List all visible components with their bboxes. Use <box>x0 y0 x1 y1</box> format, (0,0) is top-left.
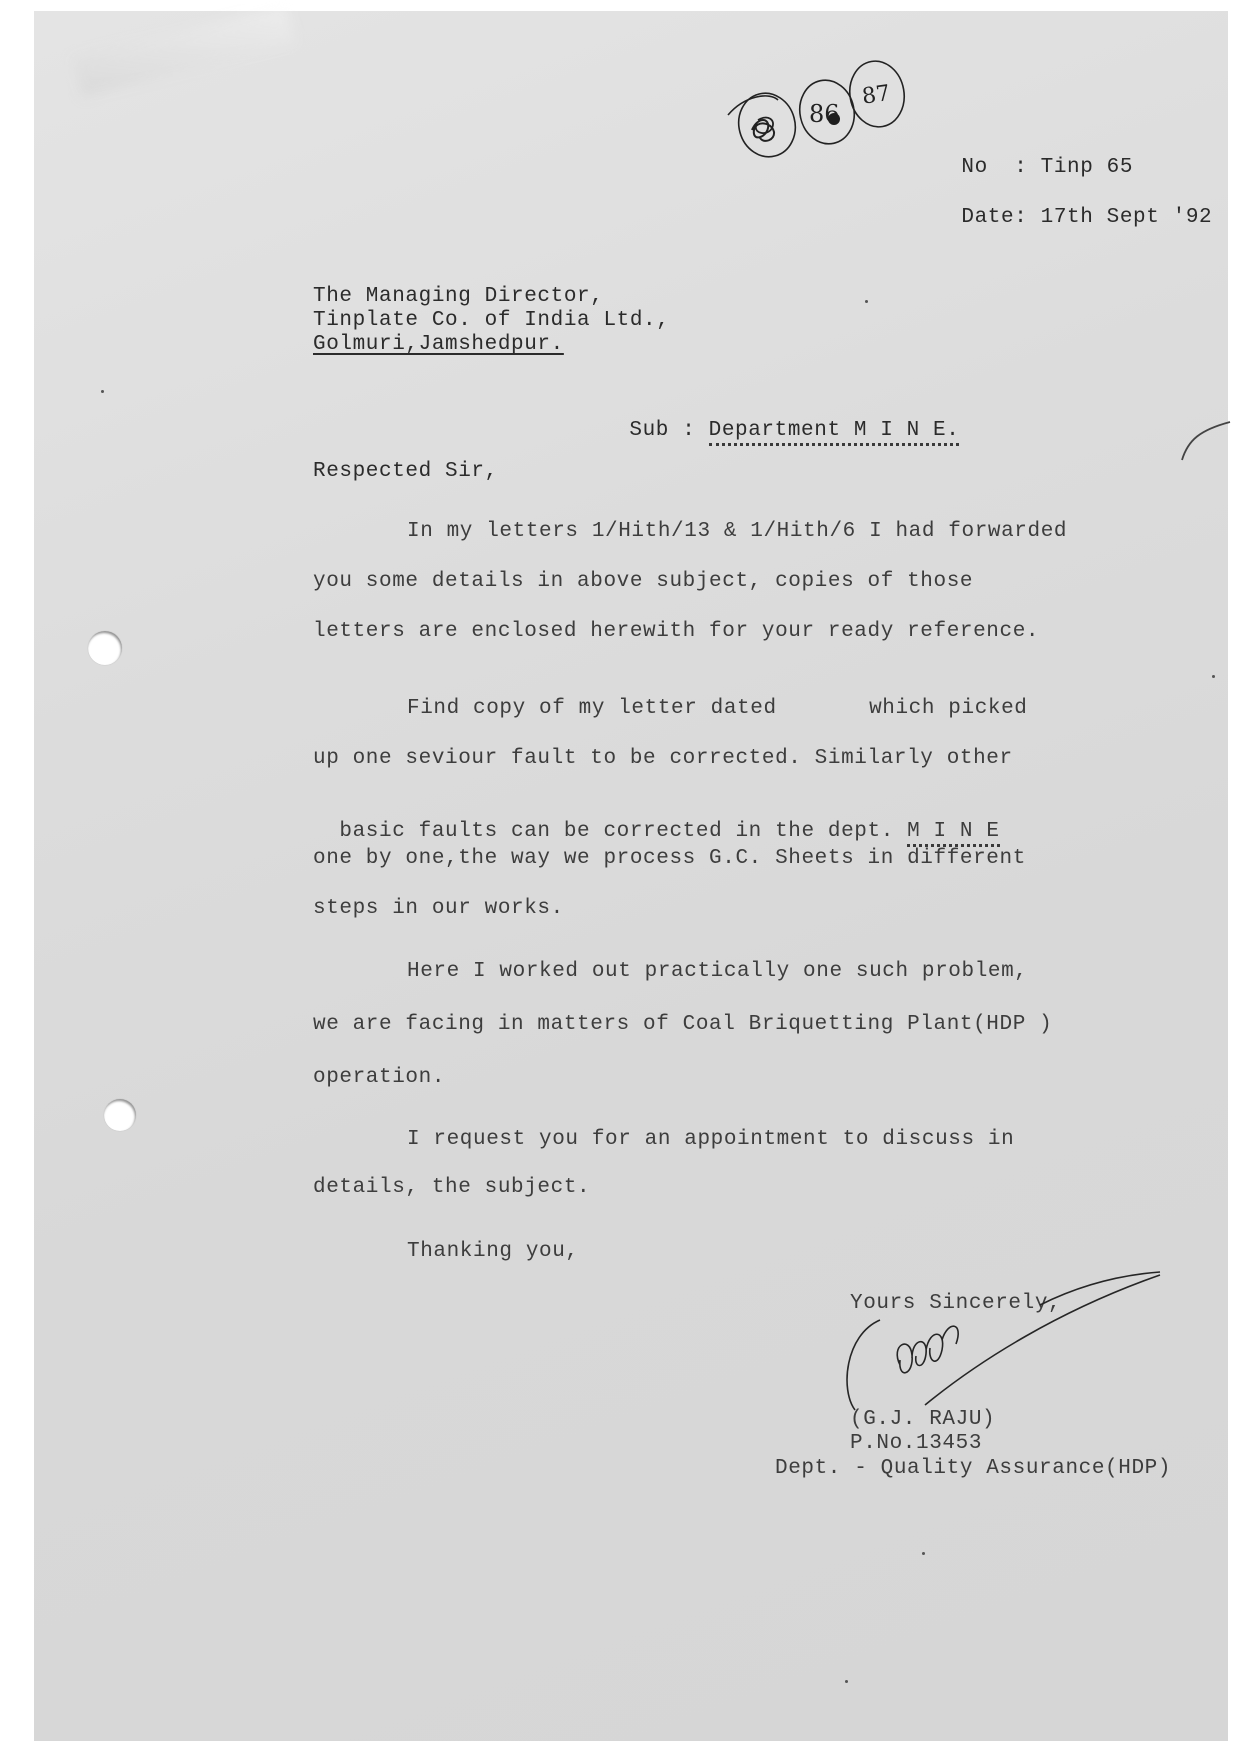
reference-number: No : Tinp 65 <box>935 133 1133 179</box>
paragraph-2-line-1: Find copy of my letter dated which picke… <box>407 697 1028 720</box>
date-label: Date: <box>961 206 1027 229</box>
recipient-line-1: The Managing Director, <box>313 285 603 308</box>
paragraph-4-line-2: details, the subject. <box>313 1176 590 1199</box>
paragraph-2-line-5: steps in our works. <box>313 897 564 920</box>
speck <box>845 1680 848 1683</box>
punch-hole-top <box>88 631 122 665</box>
speck <box>922 1552 925 1555</box>
recipient-line-2: Tinplate Co. of India Ltd., <box>313 309 669 332</box>
letter-page <box>34 11 1228 1741</box>
reference-value: Tinp 65 <box>1041 156 1133 179</box>
salutation: Respected Sir, <box>313 460 498 483</box>
paragraph-1-line-2: you some details in above subject, copie… <box>313 570 973 593</box>
reference-label: No <box>961 156 987 179</box>
paragraph-4-line-1: I request you for an appointment to disc… <box>407 1128 1014 1151</box>
paragraph-3-line-2: we are facing in matters of Coal Briquet… <box>313 1013 1052 1036</box>
subject-value: Department M I N E. <box>709 419 960 446</box>
paragraph-3-line-3: operation. <box>313 1066 445 1089</box>
reference-separator: : <box>1014 156 1027 179</box>
subject-line: Sub : Department M I N E. <box>603 396 959 442</box>
date-value: 17th Sept '92 <box>1041 206 1213 229</box>
paragraph-2-line-3-text: basic faults can be corrected in the dep… <box>339 820 894 843</box>
personnel-number: P.No.13453 <box>850 1432 982 1455</box>
paragraph-1-line-1: In my letters 1/Hith/13 & 1/Hith/6 I had… <box>407 520 1067 543</box>
speck <box>101 390 104 393</box>
closing: Thanking you, <box>407 1240 579 1263</box>
recipient-line-3: Golmuri,Jamshedpur. <box>313 333 564 356</box>
subject-label: Sub <box>629 419 669 442</box>
speck <box>865 300 868 303</box>
valediction: Yours Sincerely, <box>850 1292 1061 1315</box>
paragraph-2-line-4: one by one,the way we process G.C. Sheet… <box>313 847 1026 870</box>
paper-crease <box>72 5 295 97</box>
mine-emphasis: M I N E <box>907 820 999 847</box>
punch-hole-bottom <box>104 1099 136 1131</box>
signatory-name: (G.J. RAJU) <box>850 1408 995 1431</box>
paragraph-2-line-3: basic faults can be corrected in the dep… <box>313 797 1000 843</box>
paragraph-2-line-2: up one seviour fault to be corrected. Si… <box>313 747 1013 770</box>
paragraph-1-line-3: letters are enclosed herewith for your r… <box>313 620 1039 643</box>
letter-date: Date: 17th Sept '92 <box>935 183 1212 229</box>
speck <box>1212 675 1215 678</box>
signatory-department: Dept. - Quality Assurance(HDP) <box>775 1457 1171 1480</box>
paragraph-3-line-1: Here I worked out practically one such p… <box>407 960 1028 983</box>
subject-separator: : <box>682 419 695 442</box>
